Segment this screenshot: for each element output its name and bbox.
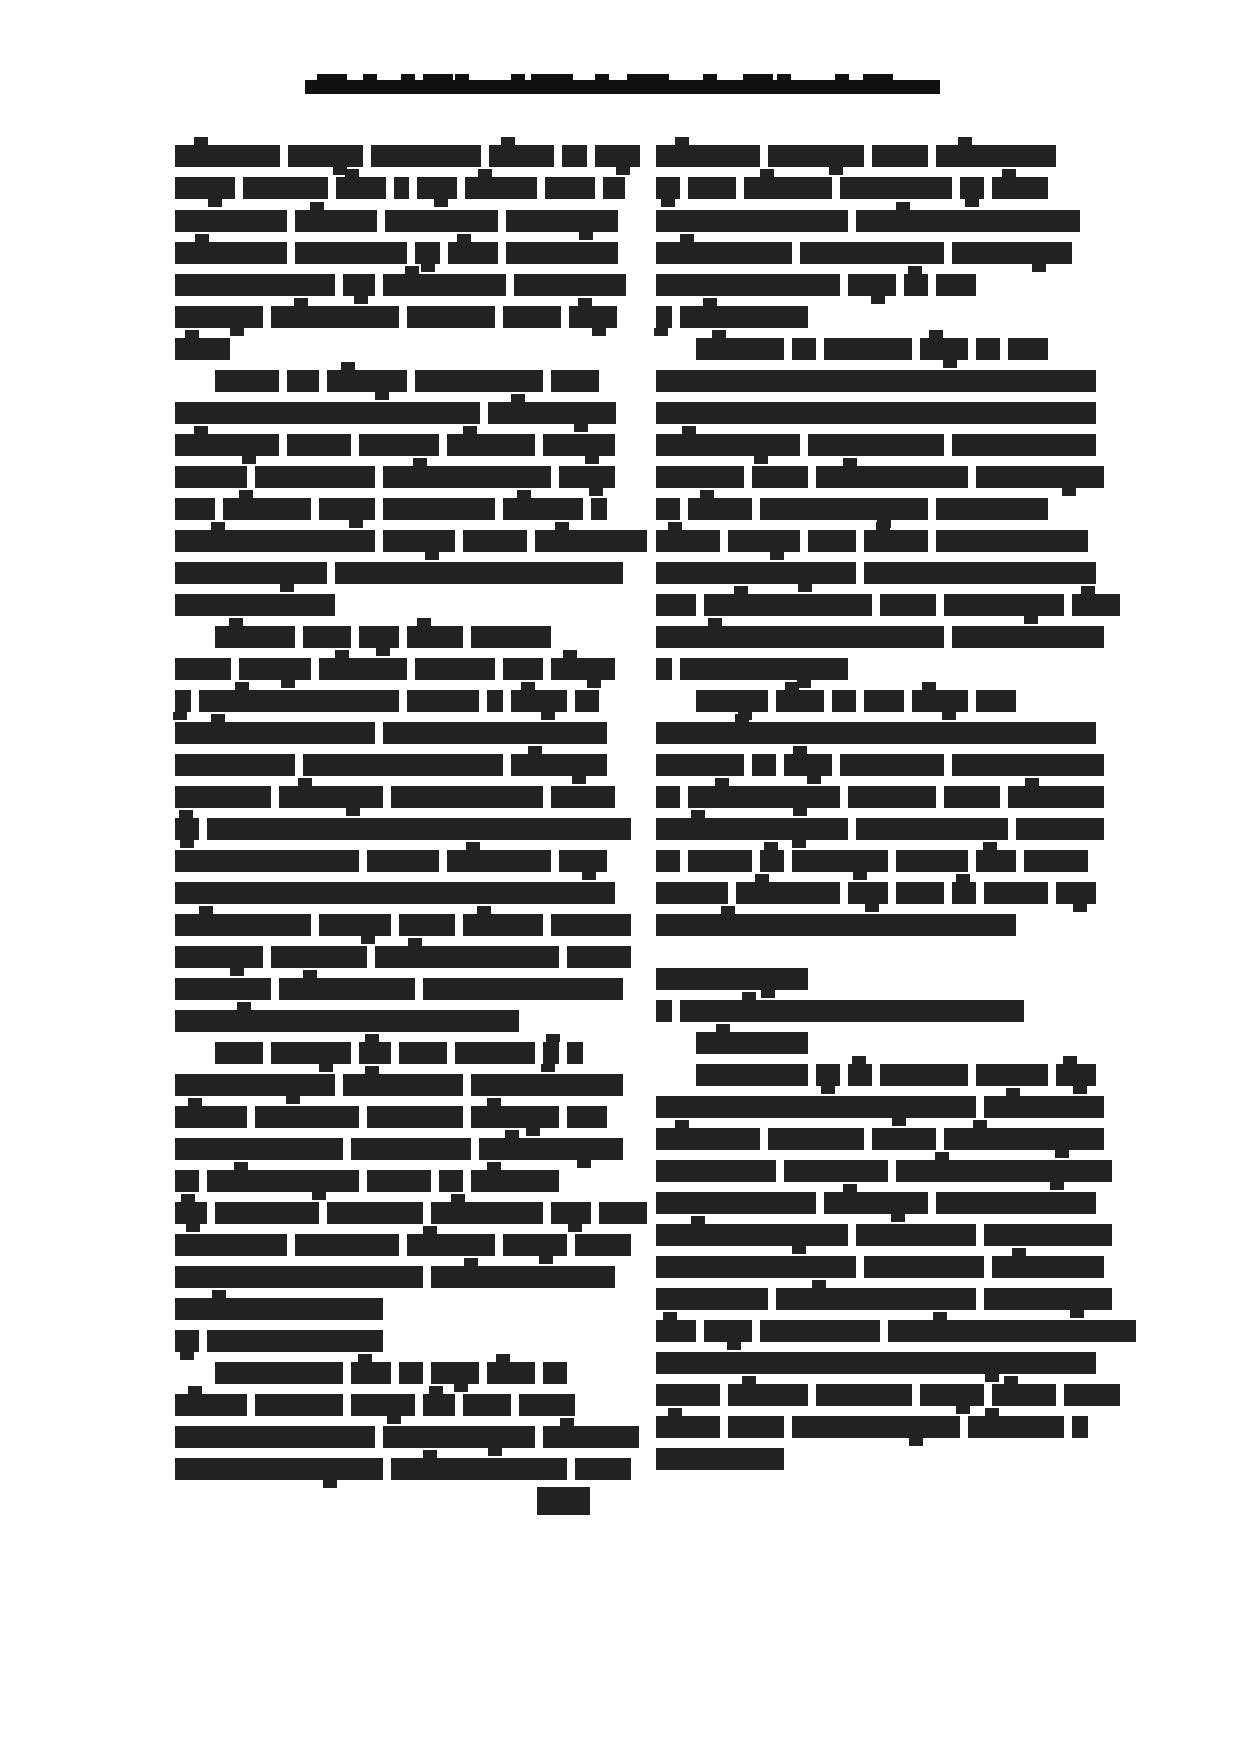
text-line [175, 1202, 647, 1224]
pixelated-word [439, 1170, 463, 1192]
text-line [656, 434, 1096, 456]
text-line [175, 306, 617, 328]
text-line [175, 690, 599, 712]
pixelated-word [567, 1106, 607, 1128]
pixelated-word [920, 1384, 984, 1406]
pixelated-word [864, 562, 1096, 584]
pixelated-word [243, 177, 328, 199]
pixelated-word [545, 177, 595, 199]
pixelated-word [904, 274, 928, 296]
pixelated-word [383, 1426, 535, 1448]
pixelated-word [784, 754, 832, 776]
pixelated-word [992, 1384, 1056, 1406]
text-line [175, 402, 616, 424]
pixelated-word [455, 1042, 535, 1064]
pixelated-word [656, 626, 944, 648]
pixelated-word [295, 1234, 399, 1256]
section-heading [696, 1032, 808, 1054]
pixelated-word [175, 1138, 343, 1160]
pixelated-word [896, 882, 944, 904]
pixelated-word [207, 1170, 359, 1192]
pixelated-word [880, 594, 936, 616]
pixelated-word [415, 242, 440, 264]
text-line [175, 274, 626, 296]
pixelated-word [816, 1064, 840, 1086]
pixelated-word [688, 177, 736, 199]
pixelated-word [688, 786, 840, 808]
pixelated-word [792, 1416, 960, 1438]
pixelated-word [383, 498, 495, 520]
text-line [696, 1064, 1096, 1086]
pixelated-word [415, 370, 543, 392]
text-line [656, 530, 1088, 552]
text-line [656, 1224, 1112, 1246]
text-line [656, 850, 1088, 872]
pixelated-word [984, 1224, 1112, 1246]
pixelated-word [968, 1416, 1064, 1438]
pixelated-word [920, 338, 968, 360]
pixelated-word [656, 1128, 760, 1150]
pixelated-word [463, 530, 527, 552]
pixelated-word [656, 1320, 696, 1342]
pixelated-word [255, 1106, 359, 1128]
text-line [215, 1042, 583, 1064]
text-line [175, 946, 631, 968]
pixelated-word [760, 498, 928, 520]
pixelated-word [471, 1074, 623, 1096]
pixelated-word [535, 530, 647, 552]
pixelated-word [375, 946, 559, 968]
pixelated-word [1008, 786, 1104, 808]
pixelated-word [656, 274, 840, 296]
pixelated-word [840, 754, 944, 776]
pixelated-word [656, 1192, 816, 1214]
pixelated-word [503, 1234, 567, 1256]
pixelated-word [303, 754, 503, 776]
pixelated-word [575, 690, 599, 712]
pixelated-word [656, 370, 1096, 392]
pixelated-word [327, 1202, 423, 1224]
pixelated-word [319, 914, 391, 936]
pixelated-word [656, 498, 680, 520]
text-line [656, 1256, 1104, 1278]
pixelated-word [599, 1202, 647, 1224]
pixelated-word [175, 1298, 383, 1320]
pixelated-word [175, 818, 199, 840]
pixelated-word [175, 498, 215, 520]
pixelated-word [936, 1192, 1096, 1214]
pixelated-word [391, 1458, 567, 1480]
pixelated-word [394, 177, 409, 199]
document-page: [running header – illegible] [page numbe… [0, 0, 1240, 1754]
pixelated-word [175, 786, 271, 808]
pixelated-word [856, 818, 1008, 840]
pixelated-word [175, 1202, 207, 1224]
pixelated-word [992, 177, 1048, 199]
text-line [656, 1448, 784, 1470]
pixelated-word [175, 1106, 247, 1128]
text-line [656, 402, 1096, 424]
pixelated-word [603, 177, 625, 199]
pixelated-word [984, 1288, 1112, 1310]
pixelated-word [591, 498, 607, 520]
text-line [175, 434, 615, 456]
pixelated-word [351, 1138, 471, 1160]
pixelated-word [175, 1330, 199, 1352]
section-heading [656, 306, 808, 328]
pixelated-word [271, 1042, 351, 1064]
text-line [656, 1288, 1112, 1310]
text-line [175, 1458, 631, 1480]
pixelated-word [864, 530, 928, 552]
text-line [696, 690, 1016, 712]
pixelated-word [848, 882, 888, 904]
pixelated-word [415, 658, 495, 680]
pixelated-word [551, 658, 615, 680]
pixelated-word [656, 1096, 976, 1118]
pixelated-word [175, 594, 335, 616]
pixelated-word [359, 626, 399, 648]
pixelated-word [199, 690, 399, 712]
pixelated-word [336, 177, 386, 199]
text-line [656, 562, 1096, 584]
pixelated-word [511, 690, 567, 712]
pixelated-word [417, 177, 457, 199]
pixelated-word [595, 145, 640, 167]
text-line [175, 914, 631, 936]
pixelated-word [423, 978, 623, 1000]
text-line [215, 1362, 567, 1384]
pixelated-word [319, 658, 407, 680]
pixelated-word [343, 1074, 463, 1096]
pixelated-word [447, 434, 535, 456]
pixelated-word [976, 466, 1104, 488]
pixelated-word [728, 1416, 784, 1438]
pixelated-word [567, 1042, 583, 1064]
pixelated-word [359, 1042, 391, 1064]
pixelated-word [175, 914, 311, 936]
text-line [175, 242, 618, 264]
pixelated-word [704, 1320, 752, 1342]
section-heading [656, 968, 808, 990]
pixelated-word [976, 338, 1000, 360]
pixelated-word [207, 1330, 383, 1352]
pixelated-word [175, 338, 230, 360]
pixelated-word [175, 722, 375, 744]
text-line [656, 210, 1080, 232]
pixelated-word [383, 466, 551, 488]
pixelated-word [848, 1064, 872, 1086]
pixelated-word [696, 1032, 808, 1054]
pixelated-word [840, 177, 952, 199]
pixelated-word [383, 274, 506, 296]
pixelated-word [944, 1128, 1104, 1150]
pixelated-word [215, 370, 279, 392]
pixelated-word [656, 242, 792, 264]
pixelated-word [465, 177, 537, 199]
pixelated-word [391, 786, 543, 808]
text-line [175, 1266, 615, 1288]
text-line [656, 1384, 1120, 1406]
pixelated-word [569, 306, 617, 328]
pixelated-word [856, 210, 1080, 232]
text-line [175, 786, 615, 808]
text-line [656, 786, 1104, 808]
pixelated-word [239, 658, 311, 680]
pixelated-word [656, 177, 680, 199]
pixelated-word [656, 434, 800, 456]
pixelated-word [175, 1426, 375, 1448]
pixelated-word [175, 530, 375, 552]
pixelated-word [864, 1256, 984, 1278]
right-column [656, 0, 1101, 1754]
pixelated-word [656, 594, 696, 616]
pixelated-word [656, 530, 720, 552]
pixelated-word [656, 786, 680, 808]
pixelated-word [656, 1384, 720, 1406]
text-line [175, 594, 335, 616]
pixelated-word [175, 1394, 247, 1416]
pixelated-word [489, 145, 554, 167]
pixelated-word [784, 1160, 888, 1182]
pixelated-word [808, 434, 944, 456]
pixelated-word [816, 1384, 912, 1406]
pixelated-word [463, 914, 543, 936]
pixelated-word [479, 1138, 623, 1160]
text-line [656, 1160, 1112, 1182]
pixelated-word [656, 306, 672, 328]
text-line [696, 338, 1048, 360]
pixelated-word [656, 1224, 848, 1246]
text-line [656, 1320, 1136, 1342]
pixelated-word [936, 274, 976, 296]
text-line [656, 466, 1104, 488]
pixelated-word [688, 850, 752, 872]
pixelated-word [175, 434, 279, 456]
pixelated-word [936, 530, 1088, 552]
pixelated-word [656, 1288, 768, 1310]
pixelated-word [271, 946, 367, 968]
pixelated-word [559, 850, 607, 872]
pixelated-word [359, 434, 439, 456]
pixelated-word [752, 754, 776, 776]
pixelated-word [1072, 594, 1120, 616]
pixelated-word [808, 530, 856, 552]
pixelated-word [944, 594, 1064, 616]
pixelated-word [848, 274, 896, 296]
pixelated-word [175, 466, 247, 488]
section-heading [656, 658, 848, 680]
text-line [656, 882, 1096, 904]
pixelated-word [303, 626, 351, 648]
pixelated-word [255, 1394, 343, 1416]
text-line [656, 594, 1120, 616]
pixelated-word [952, 626, 1104, 648]
pixelated-word [696, 690, 768, 712]
pixelated-word [288, 145, 363, 167]
pixelated-word [175, 1074, 335, 1096]
text-line [175, 1074, 623, 1096]
pixelated-word [407, 626, 463, 648]
pixelated-word [656, 562, 856, 584]
header-glyph-ascender [627, 74, 657, 82]
pixelated-word [175, 850, 359, 872]
pixelated-word [383, 530, 455, 552]
pixelated-word [367, 850, 439, 872]
pixelated-word [506, 242, 618, 264]
pixelated-word [471, 626, 551, 648]
page-number-label: [page number – illegible] [537, 1487, 538, 1488]
pixelated-word [343, 274, 375, 296]
pixelated-word [207, 818, 631, 840]
pixelated-word [175, 1010, 519, 1032]
pixelated-word [984, 882, 1048, 904]
text-line [175, 978, 623, 1000]
pixelated-word [431, 1362, 479, 1384]
pixelated-word [335, 562, 623, 584]
pixelated-word [872, 1128, 936, 1150]
pixelated-word [656, 818, 848, 840]
pixelated-word [656, 145, 760, 167]
pixelated-word [519, 1394, 575, 1416]
pixelated-word [952, 434, 1096, 456]
pixelated-word [656, 968, 808, 990]
pixelated-word [215, 626, 295, 648]
text-line [175, 177, 625, 199]
text-line [175, 882, 615, 904]
pixelated-word [399, 1042, 447, 1064]
text-line [175, 850, 607, 872]
pixelated-word [487, 1362, 535, 1384]
pixelated-word [656, 210, 848, 232]
pixelated-word [656, 914, 1016, 936]
pixelated-word [287, 434, 351, 456]
pixelated-word [471, 1170, 559, 1192]
pixelated-word [656, 1352, 1096, 1374]
text-line [656, 242, 1072, 264]
pixelated-word [175, 1170, 199, 1192]
pixelated-word [1056, 882, 1096, 904]
text-line [175, 338, 230, 360]
pixelated-word [1024, 850, 1088, 872]
pixelated-word [431, 1266, 615, 1288]
pixelated-word [936, 498, 1048, 520]
pixelated-word [656, 1160, 776, 1182]
pixelated-word [295, 242, 407, 264]
pixelated-word [816, 466, 968, 488]
pixelated-word [736, 882, 840, 904]
text-line [175, 210, 618, 232]
text-line [215, 626, 551, 648]
pixelated-word [463, 1394, 511, 1416]
pixelated-word [514, 274, 626, 296]
pixelated-word [760, 1320, 880, 1342]
pixelated-word [976, 1064, 1048, 1086]
text-line [656, 626, 1104, 648]
pixelated-word [952, 882, 976, 904]
text-line [656, 818, 1104, 840]
pixelated-word [551, 786, 615, 808]
pixelated-word [912, 690, 968, 712]
pixelated-word [704, 594, 872, 616]
pixelated-word [896, 1160, 1112, 1182]
pixelated-word [295, 210, 377, 232]
pixelated-word [551, 1202, 591, 1224]
text-line [175, 1170, 559, 1192]
text-line [656, 498, 1048, 520]
pixelated-word [848, 786, 936, 808]
pixelated-word [175, 1266, 423, 1288]
pixelated-word [880, 1064, 968, 1086]
text-line [175, 1106, 607, 1128]
pixelated-word [175, 145, 280, 167]
pixelated-word [680, 1000, 1024, 1022]
pixelated-word [760, 850, 784, 872]
pixelated-word [976, 690, 1016, 712]
text-line [175, 1298, 383, 1320]
pixelated-word [423, 1394, 455, 1416]
pixelated-word [543, 1362, 567, 1384]
pixelated-word [175, 306, 263, 328]
pixelated-word [952, 242, 1072, 264]
pixelated-word [543, 1042, 559, 1064]
pixelated-word [992, 1256, 1104, 1278]
pixelated-word [279, 786, 383, 808]
pixelated-word [511, 754, 607, 776]
pixelated-word [385, 210, 498, 232]
pixelated-word [279, 978, 415, 1000]
pixelated-word [656, 1448, 784, 1470]
pixelated-word [543, 1426, 639, 1448]
section-heading [656, 1000, 1024, 1022]
text-line [175, 145, 640, 167]
pixelated-word [1016, 818, 1104, 840]
pixelated-word [551, 370, 599, 392]
text-line [656, 145, 1056, 167]
text-line [175, 754, 607, 776]
section-heading [175, 1330, 383, 1352]
pixelated-word [175, 658, 231, 680]
pixelated-word [1072, 1416, 1088, 1438]
pixelated-word [223, 498, 311, 520]
text-line [656, 1352, 1096, 1374]
pixelated-word [776, 1288, 976, 1310]
pixelated-word [680, 306, 808, 328]
pixelated-word [215, 1042, 263, 1064]
pixelated-word [562, 145, 587, 167]
text-line [175, 1138, 623, 1160]
pixelated-word [792, 850, 888, 872]
pixelated-word [559, 466, 615, 488]
pixelated-word [215, 1362, 343, 1384]
pixelated-word [407, 1234, 495, 1256]
pixelated-word [399, 1362, 423, 1384]
text-line [175, 1394, 575, 1416]
text-line [175, 498, 607, 520]
pixelated-word [175, 882, 615, 904]
pixelated-word [728, 530, 800, 552]
pixelated-word [776, 690, 824, 712]
text-line [656, 1192, 1096, 1214]
text-line [656, 754, 1104, 776]
pixelated-word [656, 1416, 720, 1438]
pixelated-word [175, 690, 191, 712]
pixelated-word [506, 210, 618, 232]
pixelated-word [976, 850, 1016, 872]
pixelated-word [487, 690, 503, 712]
text-line [656, 1096, 1104, 1118]
text-line [656, 722, 1096, 744]
